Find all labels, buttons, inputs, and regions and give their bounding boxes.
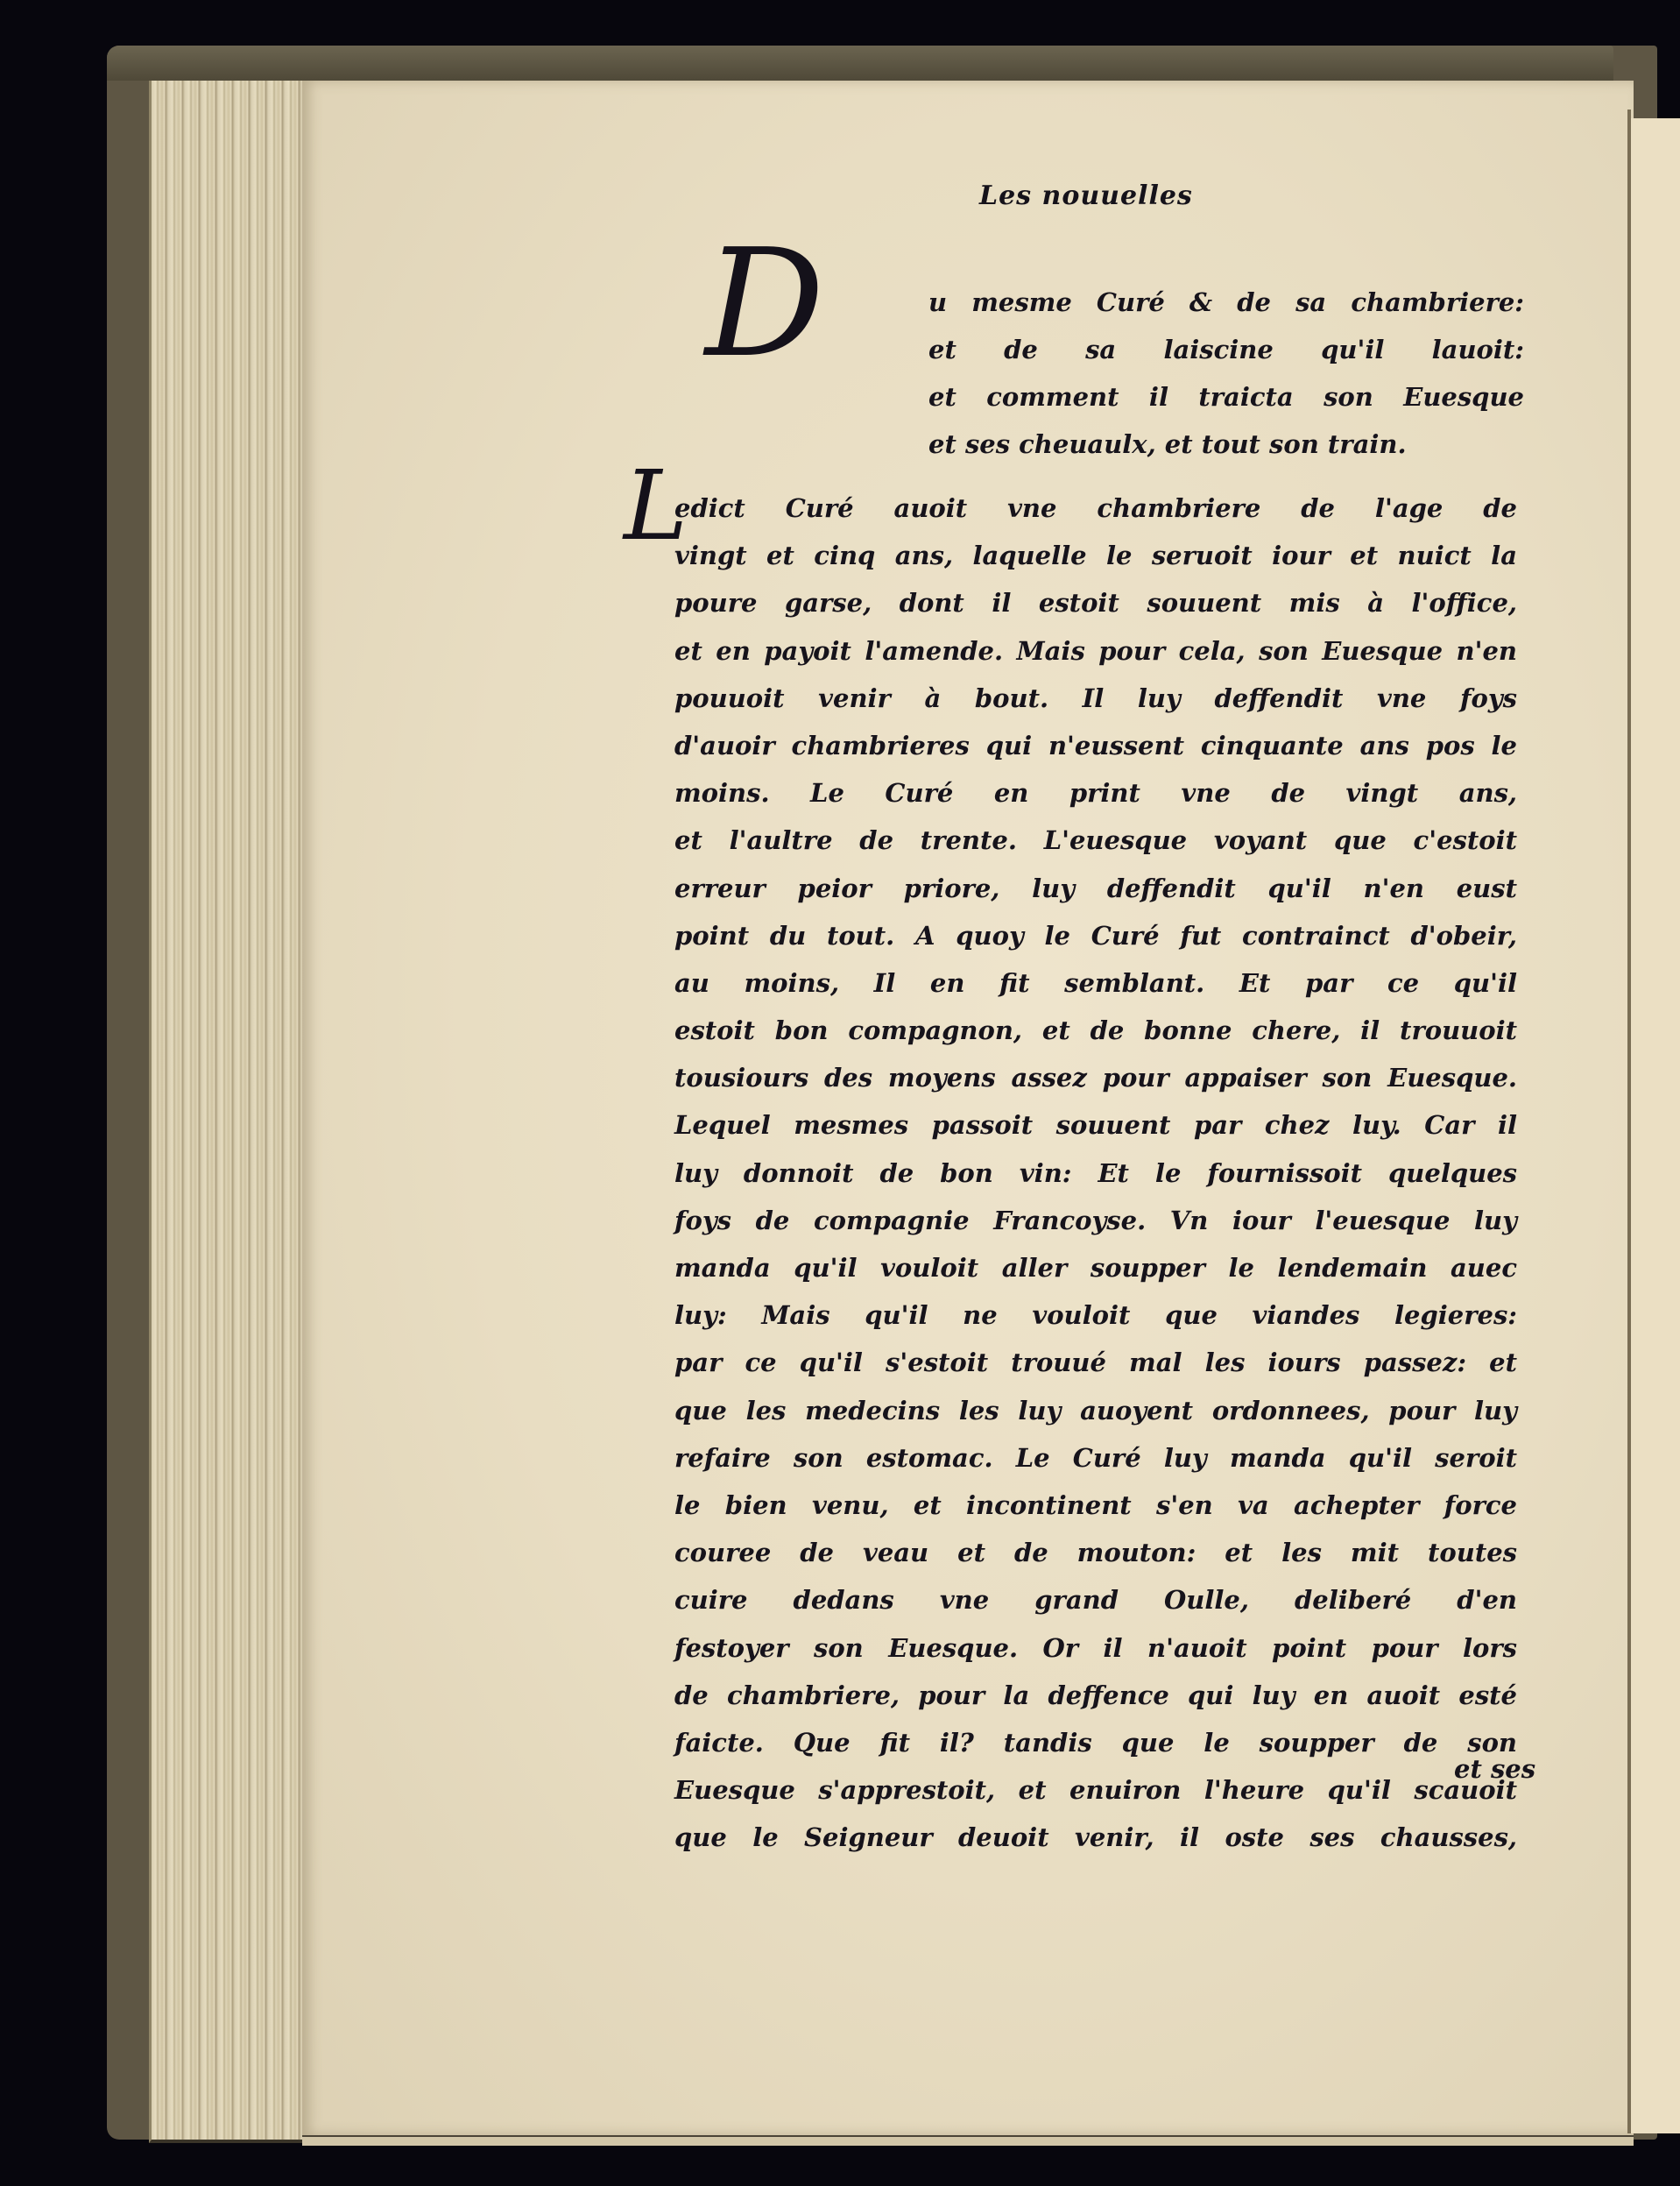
title-line: et de sa laiscine qu'il lauoit: (928, 326, 1524, 373)
body-line: luy: Mais qu'il ne vouloit que viandes l… (674, 1291, 1517, 1339)
body-line: erreur peior priore, luy deffendit qu'il… (674, 865, 1517, 912)
body-line: vingt et cinq ans, laquelle le seruoit i… (674, 532, 1517, 579)
body-line: manda qu'il vouloit aller soupper le len… (674, 1244, 1517, 1291)
body-line: point du tout. A quoy le Curé fut contra… (674, 912, 1517, 959)
book-fore-edge-leaves (149, 81, 309, 2143)
body-line: et en payoit l'amende. Mais pour cela, s… (674, 627, 1517, 675)
title-dropcap: D (705, 230, 824, 378)
body-line: faicte. Que fit il? tandis que le souppe… (674, 1719, 1517, 1766)
body-line: de chambriere, pour la deffence qui luy … (674, 1672, 1517, 1719)
body-line: festoyer son Euesque. Or il n'auoit poin… (674, 1624, 1517, 1672)
body-line: Lequel mesmes passoit souuent par chez l… (674, 1101, 1517, 1149)
body-line: que les medecins les luy auoyent ordonne… (674, 1387, 1517, 1434)
body-line: le bien venu, et incontinent s'en va ach… (674, 1482, 1517, 1529)
body-line: au moins, Il en fit semblant. Et par ce … (674, 959, 1517, 1007)
body-line: tousiours des moyens assez pour appaiser… (674, 1054, 1517, 1101)
body-line: poure garse, dont il estoit souuent mis … (674, 579, 1517, 626)
body-line: que le Seigneur deuoit venir, il oste se… (674, 1814, 1517, 1861)
title-line: et comment il traicta son Euesque (928, 373, 1524, 421)
catchword: et ses (1454, 1754, 1535, 1784)
title-line: et ses cheuaulx, et tout son train. (928, 421, 1419, 468)
body-line: par ce qu'il s'estoit trouué mal les iou… (674, 1339, 1517, 1386)
body-line: Euesque s'apprestoit, et enuiron l'heure… (674, 1766, 1517, 1814)
body-line: moins. Le Curé en print vne de vingt ans… (674, 769, 1517, 817)
body-line: luy donnoit de bon vin: Et le fournissoi… (674, 1150, 1517, 1197)
title-line: u mesme Curé & de sa chambriere: (928, 279, 1524, 326)
page-bottom-edge (302, 2135, 1634, 2146)
body-line: refaire son estomac. Le Curé luy manda q… (674, 1434, 1517, 1482)
body-line: foys de compagnie Francoyse. Vn iour l'e… (674, 1197, 1517, 1244)
body-line: edict Curé auoit vne chambriere de l'age… (674, 485, 1517, 532)
body-line: couree de veau et de mouton: et les mit … (674, 1529, 1517, 1576)
body-line: cuire dedans vne grand Oulle, deliberé d… (674, 1576, 1517, 1624)
body-line: d'auoir chambrieres qui n'eussent cinqua… (674, 722, 1517, 769)
chapter-title: u mesme Curé & de sa chambriere: et de s… (928, 279, 1524, 468)
book-cover-top-edge (107, 46, 1613, 81)
body-line: pouuoit venir à bout. Il luy deffendit v… (674, 675, 1517, 722)
body-text: edict Curé auoit vne chambriere de l'age… (674, 485, 1517, 1861)
facing-page-edge (1631, 118, 1680, 2133)
body-line: estoit bon compagnon, et de bonne chere,… (674, 1007, 1517, 1054)
running-head: Les nouuelles (979, 180, 1193, 211)
body-line: et l'aultre de trente. L'euesque voyant … (674, 817, 1517, 864)
